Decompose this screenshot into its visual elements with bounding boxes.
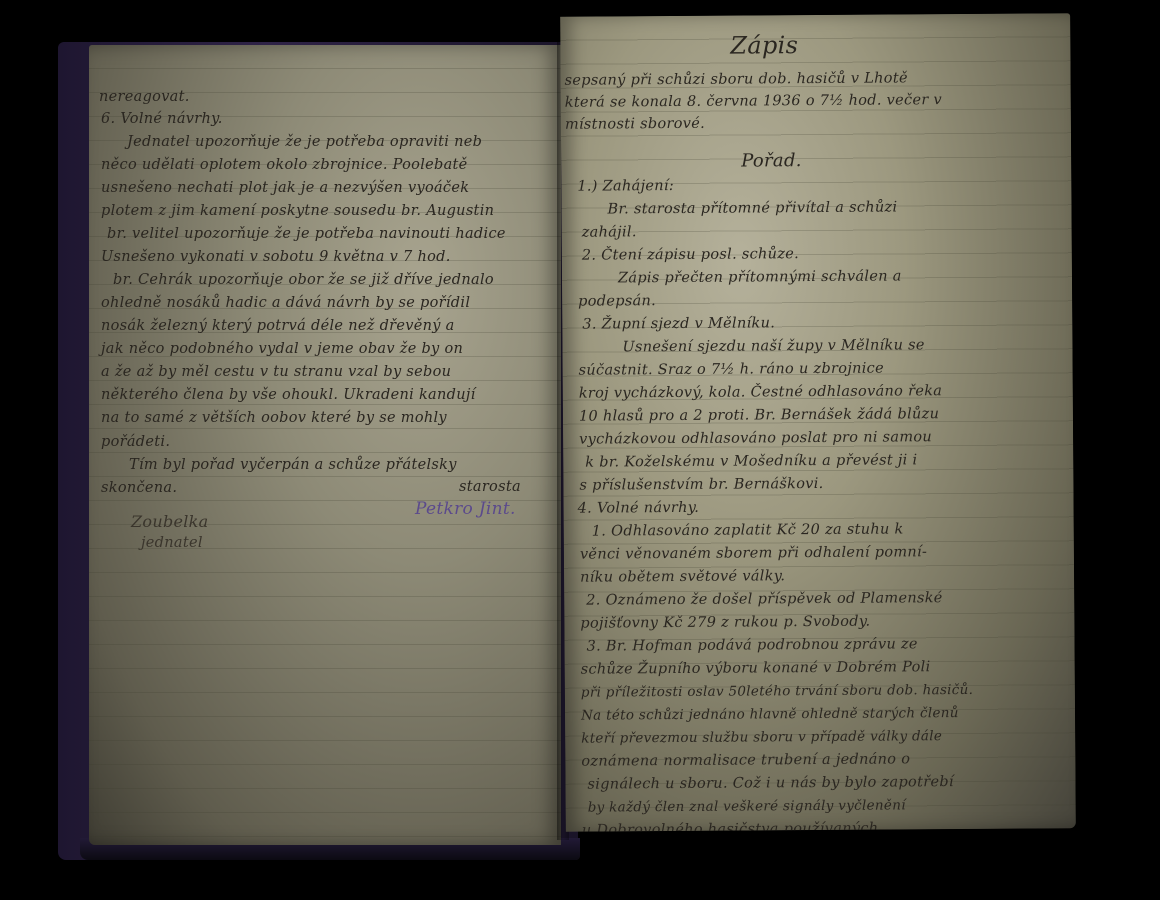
handwritten-line: nosák železný který potrvá déle než dřev…	[101, 314, 455, 338]
handwritten-line: plotem z jim kamení poskytne sousedu br.…	[101, 199, 494, 223]
handwritten-line: 3. Župní sjezd v Mělníku.	[582, 311, 775, 336]
handwritten-line: některého člena by vše ohoukl. Ukradeni …	[101, 383, 476, 407]
secretary-role: jednatel	[141, 531, 203, 555]
handwritten-line: k br. Koželskému v Mošedníku a převést j…	[585, 448, 917, 474]
handwritten-line: 4. Volné návrhy.	[578, 496, 700, 521]
handwritten-line: br. velitel upozorňuje že je potřeba nav…	[107, 222, 506, 246]
handwritten-line: a že až by měl cestu v tu stranu vzal by…	[101, 360, 451, 384]
handwritten-line: 2. Čtení zápisu posl. schůze.	[582, 242, 799, 268]
handwritten-line: ohledně nosáků hadic a dává návrh by se …	[101, 291, 470, 315]
handwritten-line: s příslušenstvím br. Bernáškovi.	[579, 472, 823, 498]
handwritten-line: pořádeti.	[101, 430, 170, 454]
handwritten-line: jak něco podobného vydal v jeme obav že …	[101, 337, 463, 361]
handwritten-line: něco udělati oplotem okolo zbrojnice. Po…	[101, 153, 468, 177]
handwritten-line: u Dobrovolného hasičstva používaných.	[582, 817, 884, 832]
handwritten-line: Jednatel upozorňuje že je potřeba opravi…	[127, 130, 482, 154]
handwritten-line: 2. Oznámeno že došel příspěvek od Plamen…	[586, 586, 943, 612]
chairman-signature-stamp: Petkro Jint.	[415, 497, 516, 521]
handwritten-line: pojišťovny Kč 279 z rukou p. Svobody.	[580, 610, 870, 636]
left-page: nereagovat. 6. Volné návrhy. Jednatel up…	[89, 45, 561, 845]
handwritten-line: skončena.	[101, 476, 177, 500]
intro-line: místnosti sborové.	[565, 112, 705, 137]
handwritten-line: Tím byl pořad vyčerpán a schůze přátelsk…	[129, 453, 457, 477]
right-page: Zápis sepsaný při schůzi sboru dob. hasi…	[560, 13, 1076, 832]
intro-line: která se konala 8. června 1936 o 7½ hod.…	[565, 88, 942, 115]
handwritten-line: 1. Odhlasováno zaplatit Kč 20 za stuhu k	[592, 517, 904, 543]
handwritten-line: zahájil.	[582, 220, 637, 244]
handwritten-line: by každý člen znal veškeré signály vyčle…	[588, 793, 906, 819]
agenda-title: Pořad.	[741, 149, 802, 173]
handwritten-line: nereagovat.	[99, 85, 190, 109]
document-title: Zápis	[730, 33, 798, 57]
handwritten-line: na to samé z větších oobov které by se m…	[101, 406, 447, 430]
handwritten-line: Usnešeno vykonati v sobotu 9 května v 7 …	[101, 245, 451, 269]
handwritten-line: súčastnit. Sraz o 7½ h. ráno u zbrojnice	[579, 357, 885, 383]
handwritten-line: Br. starosta přítomné přivítal a schůzi	[607, 195, 897, 221]
chairman-role: starosta	[459, 475, 521, 499]
handwritten-line: usnešeno nechati plot jak je a nezvýšen …	[101, 176, 469, 200]
handwritten-line: 1.) Zahájení:	[577, 174, 674, 199]
handwritten-line: Zápis přečten přítomnými schválen a	[618, 264, 902, 290]
handwritten-line: věnci věnovaném sborem při odhalení pomn…	[580, 540, 927, 566]
handwritten-line: níku obětem světové války.	[580, 564, 785, 589]
handwritten-line: Usnešení sjezdu naší župy v Mělníku se	[622, 333, 924, 359]
handwritten-line: 6. Volné návrhy.	[101, 107, 223, 131]
handwritten-line: br. Cehrák upozorňuje obor že se již dří…	[113, 268, 494, 292]
handwritten-line: podepsán.	[578, 289, 656, 314]
